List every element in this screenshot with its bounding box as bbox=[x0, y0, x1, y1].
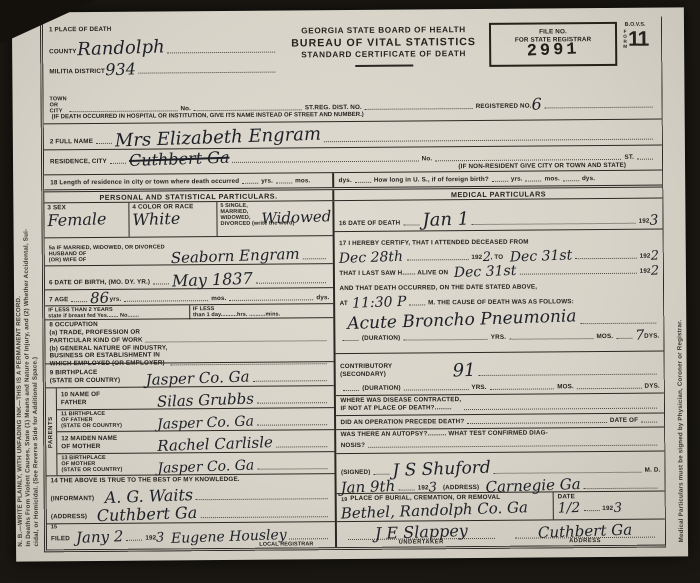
dod-value: Jan 1 bbox=[422, 210, 469, 230]
marital-value: Widowed bbox=[261, 209, 331, 226]
duration2-dys: DYS. bbox=[644, 383, 659, 391]
at-label: AT bbox=[340, 300, 348, 308]
mother-name-label: 12 MAIDEN NAME OF MOTHER bbox=[61, 435, 157, 451]
form-badge: B.O.V.S. FORM 11 bbox=[622, 22, 648, 52]
medical-column: 16 DATE OF DEATH Jan 1 192 3 17 I HEREBY… bbox=[335, 199, 665, 548]
county-value: Randolph bbox=[76, 38, 164, 59]
duration2-label: (DURATION) bbox=[362, 385, 401, 393]
father-birthplace-row: 11 BIRTHPLACE OF FATHER (STATE OR COUNTR… bbox=[57, 407, 335, 431]
burial-place-value: Bethel, Randolph Co. Ga bbox=[341, 500, 529, 521]
autopsy-row: WAS THERE AN AUTOPSY?.......... WHAT TES… bbox=[337, 427, 665, 454]
duration1-mos: MOS. bbox=[596, 333, 613, 341]
mother-name-row: 12 MAIDEN NAME OF MOTHER Rachel Carlisle bbox=[57, 429, 335, 453]
informant-label: (INFORMANT) bbox=[51, 495, 95, 503]
burial-number: 19 bbox=[341, 497, 347, 503]
operation-label: DID AN OPERATION PRECEDE DEATH? bbox=[341, 418, 465, 427]
dod-year-printed: 192 bbox=[639, 218, 650, 226]
length-label: 18 Length of residence in city or town w… bbox=[50, 178, 239, 187]
town-label: TOWN OR CITY bbox=[50, 96, 67, 114]
to-year-printed: 192 bbox=[640, 253, 651, 261]
spouse-value: Seaborn Engram bbox=[171, 247, 300, 266]
org-line-3: STANDARD CERTIFICATE OF DEATH bbox=[278, 49, 489, 60]
date-of-birth-row: 6 DATE OF BIRTH, (MO. DY. YR.) May 1837 bbox=[45, 263, 334, 289]
org-line-1: GEORGIA STATE BOARD OF HEALTH bbox=[278, 25, 489, 36]
informant-address-value: Cuthbert Ga bbox=[97, 505, 198, 524]
top-section: 1 PLACE OF DEATH COUNTY Randolph MILITIA… bbox=[43, 17, 662, 98]
duration1-label: (DURATION) bbox=[362, 335, 401, 343]
burial-date-value: 1/2 bbox=[558, 501, 581, 516]
sex-race-marital-row: 3 SEX Female 4 COLOR OR RACE White 5 SIN… bbox=[44, 201, 333, 237]
mother-birthplace-label: 13 BIRTHPLACE OF MOTHER (STATE OR COUNTR… bbox=[61, 455, 157, 474]
personal-column: 3 SEX Female 4 COLOR OR RACE White 5 SIN… bbox=[44, 201, 337, 549]
town-no-label: No. bbox=[180, 105, 191, 113]
md-label: M. D. bbox=[645, 467, 661, 475]
registered-no-value: 6 bbox=[531, 96, 542, 112]
duration2-mos: MOS. bbox=[557, 383, 574, 391]
mother-birthplace-row: 13 BIRTHPLACE OF MOTHER (STATE OR COUNTR… bbox=[57, 451, 335, 475]
full-name-label: 2 FULL NAME bbox=[50, 138, 93, 146]
disease-contracted-label: WHERE WAS DISEASE CONTRACTED, IF NOT AT … bbox=[340, 396, 461, 413]
residence-label: RESIDENCE, CITY bbox=[50, 158, 107, 166]
scan-background: N. B.—WRITE PLAINLY, WITH UNFADING INK—T… bbox=[0, 0, 700, 583]
length-dys: dys. bbox=[339, 177, 352, 185]
signed-year-written: 3 bbox=[428, 481, 437, 494]
us-dys: dys. bbox=[582, 175, 595, 183]
signed-year-printed: 192 bbox=[418, 485, 429, 493]
spouse-label: 5a IF MARRIED, WIDOWED, OR DIVORCED HUSB… bbox=[49, 244, 165, 263]
duration2-yrs: YRS. bbox=[471, 384, 486, 392]
residence-value: Cuthbert Ga bbox=[129, 150, 230, 169]
header-rule bbox=[355, 65, 413, 67]
county-label: COUNTY bbox=[49, 48, 77, 56]
father-name-label: 10 NAME OF FATHER bbox=[61, 391, 157, 407]
filed-year-written: 3 bbox=[156, 531, 165, 544]
place-of-death-title: 1 PLACE OF DEATH bbox=[49, 25, 278, 35]
to-label: , TO bbox=[491, 254, 504, 262]
filed-label: FILED bbox=[51, 535, 70, 543]
dod-year-written: 3 bbox=[649, 213, 658, 227]
attended-to-value: Dec 31st bbox=[509, 248, 572, 264]
from-year-written: 2 bbox=[482, 251, 491, 264]
lastsaw-year-written: 2 bbox=[650, 264, 659, 277]
us-mos: mos. bbox=[545, 176, 560, 184]
autopsy-label2: NOSIS? bbox=[341, 442, 365, 450]
filed-row: 15 FILED Jany 2 192 3 Eugene Housley LOC… bbox=[47, 521, 336, 549]
duration1-yrs: YRS. bbox=[491, 334, 506, 342]
length-mos: mos. bbox=[295, 178, 310, 186]
informant-row: 14 THE ABOVE IS TRUE TO THE BEST OF MY K… bbox=[46, 473, 335, 523]
signed-label: (SIGNED) bbox=[341, 469, 371, 477]
signed-address-value: Carnegie Ga bbox=[485, 477, 581, 495]
file-number-box: FILE NO. FOR STATE REGISTRAR 2991 bbox=[489, 22, 617, 67]
place-of-death-block: 1 PLACE OF DEATH COUNTY Randolph MILITIA… bbox=[43, 23, 279, 98]
father-birthplace-value: Jasper Co. Ga bbox=[157, 415, 254, 432]
race-value: White bbox=[132, 211, 180, 229]
attended-from-value: Dec 28th bbox=[339, 250, 404, 266]
contributory-block: CONTRIBUTORY (SECONDARY) 91 (DURATION) Y… bbox=[336, 351, 664, 396]
right-margin-note: Medical Particulars must be signed by Ph… bbox=[674, 27, 685, 542]
org-line-2: BUREAU OF VITAL STATISTICS bbox=[278, 35, 489, 49]
contributory-label: CONTRIBUTORY (SECONDARY) bbox=[340, 363, 392, 379]
time-of-death-value: 11:30 P bbox=[352, 295, 407, 311]
certify-line1: 17 I HEREBY CERTIFY, THAT I ATTENDED DEC… bbox=[339, 239, 529, 248]
age-value: 86 bbox=[90, 291, 110, 307]
us-yrs: yrs. bbox=[511, 176, 523, 184]
father-name-row: 10 NAME OF FATHER Silas Grubbs bbox=[57, 386, 335, 409]
operation-date-label: DATE OF bbox=[610, 417, 638, 425]
filed-date-value: Jany 2 bbox=[76, 529, 124, 546]
signed-row: (SIGNED) J S Shuford M. D. Jan 9th 192 3… bbox=[337, 451, 665, 494]
duration1-dys: DYS. bbox=[644, 333, 659, 341]
father-birthplace-label: 11 BIRTHPLACE OF FATHER (STATE OR COUNTR… bbox=[61, 411, 157, 430]
age-yrs: yrs. bbox=[110, 296, 122, 304]
age-dys: dys. bbox=[316, 294, 329, 302]
lastsaw-year-printed: 192 bbox=[640, 268, 651, 276]
undertaker-address-value: Cuthbert Ga bbox=[538, 523, 633, 541]
parents-label-text: PARENTS bbox=[48, 416, 54, 448]
local-registrar-value: Eugene Housley bbox=[170, 528, 286, 546]
birthplace-row: 9 BIRTHPLACE (STATE OR COUNTRY) Jasper C… bbox=[46, 361, 335, 387]
residence-no-label: No. bbox=[422, 155, 433, 163]
physician-signature: J S Shuford bbox=[392, 460, 491, 480]
last-saw-value: Dec 31st bbox=[454, 264, 517, 280]
signed-date-value: Jan 9th bbox=[341, 479, 396, 496]
contributory-value: 91 bbox=[452, 362, 476, 381]
last-saw-label: THAT I LAST SAW H....... ALIVE ON bbox=[339, 269, 448, 278]
age-label: 7 AGE bbox=[49, 296, 68, 304]
file-number-block: FILE NO. FOR STATE REGISTRAR 2991 B.O.V.… bbox=[489, 20, 662, 95]
father-name-value: Silas Grubbs bbox=[157, 392, 254, 410]
file-number-stamp: 2991 bbox=[526, 40, 580, 61]
dod-label: 16 DATE OF DEATH bbox=[339, 220, 400, 228]
certificate-paper: N. B.—WRITE PLAINLY, WITH UNFADING INK—T… bbox=[12, 7, 688, 561]
burial-year-written: 3 bbox=[613, 502, 622, 515]
length-yrs: yrs. bbox=[261, 178, 273, 186]
occupation-a-label: (a) TRADE, PROFESSION OR PARTICULAR KIND… bbox=[49, 329, 142, 345]
militia-district-value: 934 bbox=[105, 61, 136, 78]
header-titles: GEORGIA STATE BOARD OF HEALTH BUREAU OF … bbox=[278, 21, 490, 96]
to-year-written: 2 bbox=[650, 249, 659, 262]
sex-value: Female bbox=[47, 211, 107, 229]
parents-band: PARENTS 10 NAME OF FATHER Silas Grubbs 1… bbox=[46, 385, 335, 475]
age-mos: mos. bbox=[211, 295, 226, 303]
parents-vertical-label: PARENTS bbox=[46, 388, 58, 475]
birthplace-label: 9 BIRTHPLACE (STATE OR COUNTRY) bbox=[50, 369, 146, 385]
informant-address-label: (ADDRESS) bbox=[51, 513, 87, 521]
residence-st-label: ST. bbox=[624, 154, 634, 162]
us-length-label: How long in U. S., if of foreign birth? bbox=[374, 176, 489, 185]
occupation-row: 8 OCCUPATION (a) TRADE, PROFESSION OR PA… bbox=[45, 317, 334, 363]
columns: 3 SEX Female 4 COLOR OR RACE White 5 SIN… bbox=[44, 198, 665, 550]
spouse-row: 5a IF MARRIED, WIDOWED, OR DIVORCED HUSB… bbox=[45, 235, 334, 265]
filed-year-printed: 192 bbox=[145, 535, 156, 543]
duration1-dys-value: 7 bbox=[635, 329, 644, 343]
militia-district-label: MILITIA DISTRICT bbox=[49, 68, 105, 76]
burial-year-printed: 192 bbox=[602, 505, 613, 513]
birthplace-value: Jasper Co. Ga bbox=[146, 369, 250, 388]
age-row: 7 AGE 86 yrs. mos. dys. IF LESS THAN 2 Y… bbox=[45, 287, 334, 319]
undertaker-row: J E Slappey UNDERTAKER Cuthbert Ga ADDRE… bbox=[337, 519, 665, 548]
disease-contracted-row: WHERE WAS DISEASE CONTRACTED, IF NOT AT … bbox=[336, 393, 664, 416]
undertaker-value: J E Slappey bbox=[374, 523, 467, 542]
form-number: 11 bbox=[628, 28, 648, 52]
dob-value: May 1837 bbox=[172, 271, 253, 290]
dob-label: 6 DATE OF BIRTH, (MO. DY. YR.) bbox=[49, 279, 150, 288]
mother-name-value: Rachel Carlisle bbox=[157, 435, 273, 454]
date-of-death-row: 16 DATE OF DEATH Jan 1 192 3 bbox=[335, 199, 663, 232]
certification-block: 17 I HEREBY CERTIFY, THAT I ATTENDED DEC… bbox=[335, 229, 663, 354]
occurred-label: AND THAT DEATH OCCURRED, ON THE DATE STA… bbox=[339, 284, 537, 293]
certificate-form: 1 PLACE OF DEATH COUNTY Randolph MILITIA… bbox=[40, 17, 666, 553]
mother-birthplace-value: Jasper Co. Ga bbox=[157, 459, 254, 476]
from-year-printed: 192 bbox=[471, 254, 482, 262]
